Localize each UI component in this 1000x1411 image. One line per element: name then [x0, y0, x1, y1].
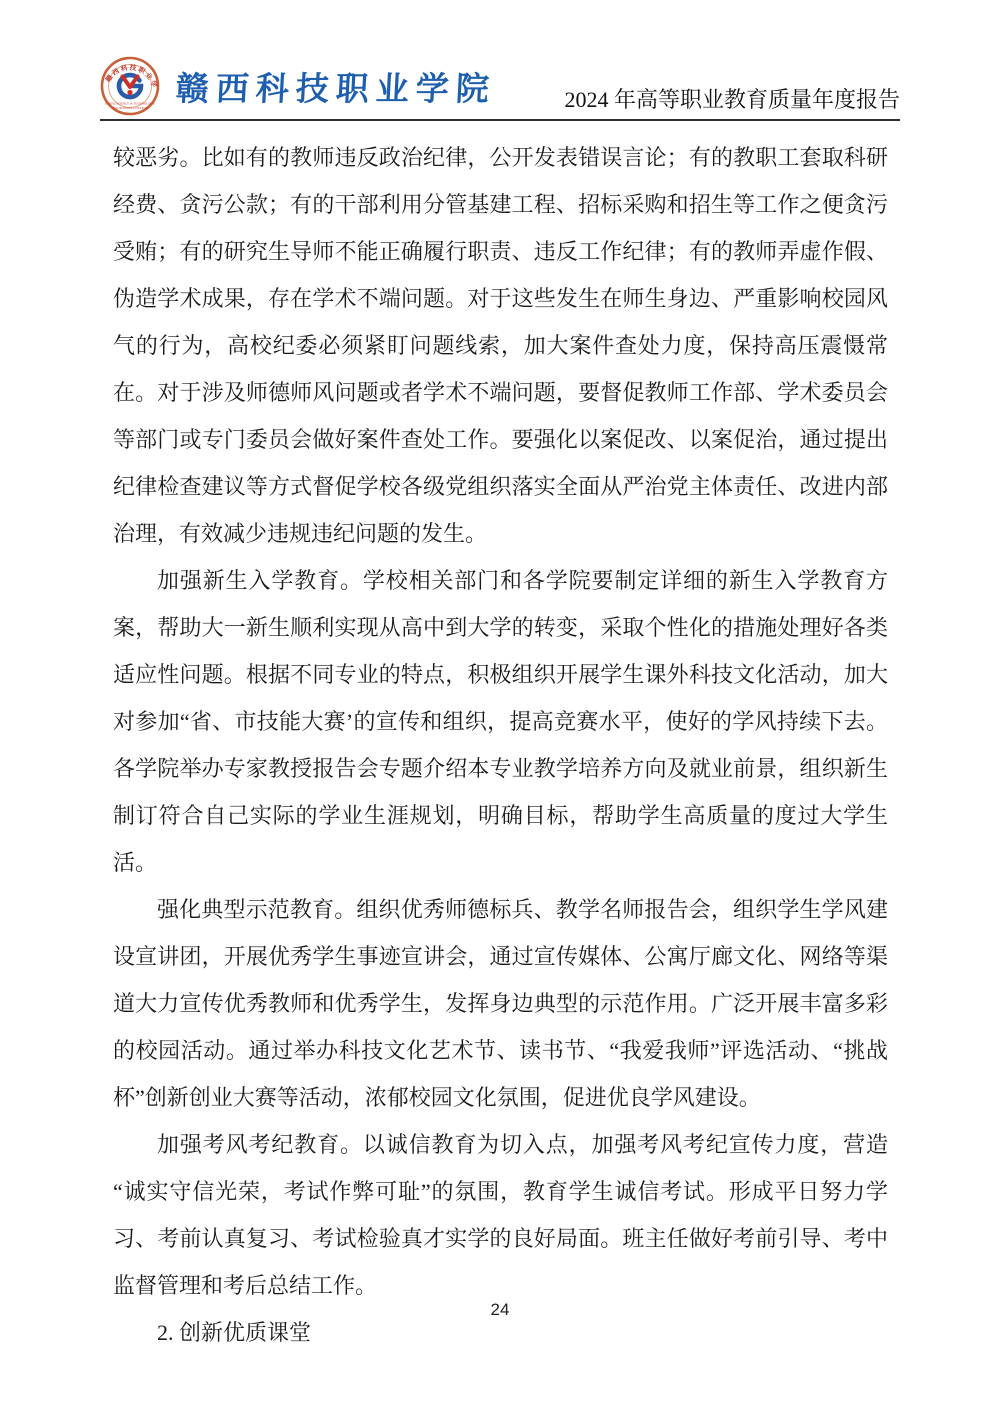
school-name: 赣西科技职业学院 [175, 63, 497, 110]
report-title: 2024 年高等职业教育质量年度报告 [564, 83, 900, 116]
svg-text:VOCATIONAL COLLEGE: VOCATIONAL COLLEGE [112, 106, 148, 110]
paragraph-4: 加强考风考纪教育。以诚信教育为切入点，加强考风考纪宣传力度，营造“诚实守信光荣，… [113, 1121, 888, 1309]
school-seal-icon: 赣西科技职业学院 GANXI SCIENCE & TECHNOLOGY VOCA… [100, 56, 160, 116]
document-page: 赣西科技职业学院 GANXI SCIENCE & TECHNOLOGY VOCA… [0, 0, 1000, 1411]
page-header: 赣西科技职业学院 GANXI SCIENCE & TECHNOLOGY VOCA… [100, 56, 900, 121]
svg-text:GANXI SCIENCE & TECHNOLOGY: GANXI SCIENCE & TECHNOLOGY [105, 102, 156, 106]
school-brand: 赣西科技职业学院 GANXI SCIENCE & TECHNOLOGY VOCA… [100, 56, 496, 116]
document-body: 较恶劣。比如有的教师违反政治纪律，公开发表错误言论；有的教职工套取科研经费、贪污… [113, 134, 888, 1356]
paragraph-3: 强化典型示范教育。组织优秀师德标兵、教学名师报告会，组织学生学风建设宣讲团，开展… [113, 886, 888, 1121]
paragraph-2: 加强新生入学教育。学校相关部门和各学院要制定详细的新生入学教育方案，帮助大一新生… [113, 557, 888, 886]
page-number: 24 [0, 1300, 1000, 1320]
paragraph-1: 较恶劣。比如有的教师违反政治纪律，公开发表错误言论；有的教职工套取科研经费、贪污… [113, 134, 888, 557]
